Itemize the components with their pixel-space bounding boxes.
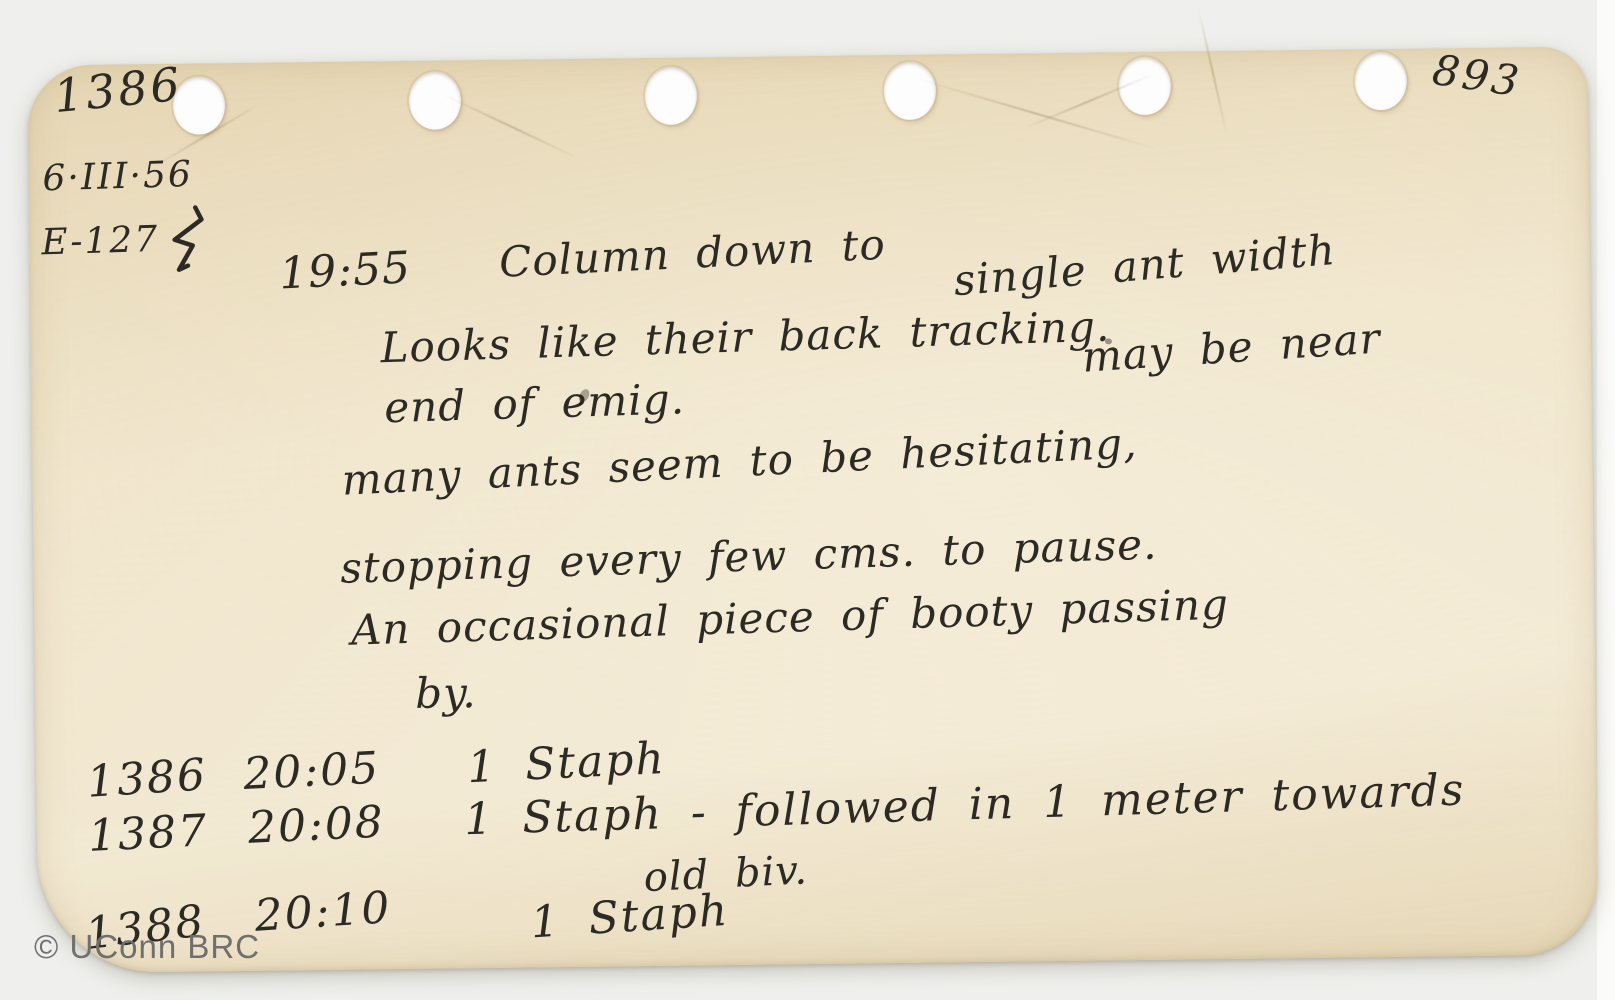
paper-crease — [443, 94, 579, 160]
note-line: may be near — [1081, 317, 1382, 378]
entry-id: 1386 — [86, 753, 209, 805]
note-line: stopping every few cms. to pause. — [340, 524, 1158, 590]
note-line: Looks like their back tracking. — [380, 306, 1111, 370]
card-number-top-left: 1386 — [52, 61, 185, 120]
entry-observation: 1 Staph — [529, 889, 730, 946]
punch-hole — [409, 71, 462, 130]
station-annotation: E-127 — [41, 222, 160, 261]
date-annotation: 6·III·56 — [42, 157, 193, 197]
punch-hole — [1118, 57, 1171, 116]
punch-hole — [884, 61, 937, 120]
punch-hole — [1354, 52, 1407, 111]
note-time: 19:55 — [278, 246, 412, 296]
page-number-top-right: 893 — [1430, 49, 1524, 103]
note-line: single ant width — [952, 229, 1337, 302]
ink-speck — [1105, 338, 1112, 344]
entry-time: 20:10 — [253, 886, 392, 939]
scanner-edge-strip — [1597, 0, 1615, 1000]
punch-hole — [645, 66, 698, 125]
note-line: by. — [415, 672, 477, 715]
note-line: Column down to — [498, 224, 886, 284]
field-note-card: 1386 893 6·III·56 E-127 19:55 Column dow… — [28, 47, 1599, 974]
note-line: end of emig. — [384, 378, 686, 429]
bracket-mark-icon — [161, 203, 210, 294]
entry-time: 20:08 — [247, 801, 386, 851]
scanned-page: 1386 893 6·III·56 E-127 19:55 Column dow… — [0, 0, 1615, 1000]
entry-time: 20:05 — [242, 747, 381, 797]
entry-id: 1387 — [87, 809, 209, 859]
copyright-watermark: © UConn BRC — [34, 928, 260, 966]
note-line: An occasional piece of booty passing — [350, 584, 1229, 652]
paper-crease — [1197, 8, 1228, 135]
note-line: many ants seem to be hesitating, — [341, 422, 1138, 501]
entry-observation: 1 Staph — [466, 737, 666, 790]
